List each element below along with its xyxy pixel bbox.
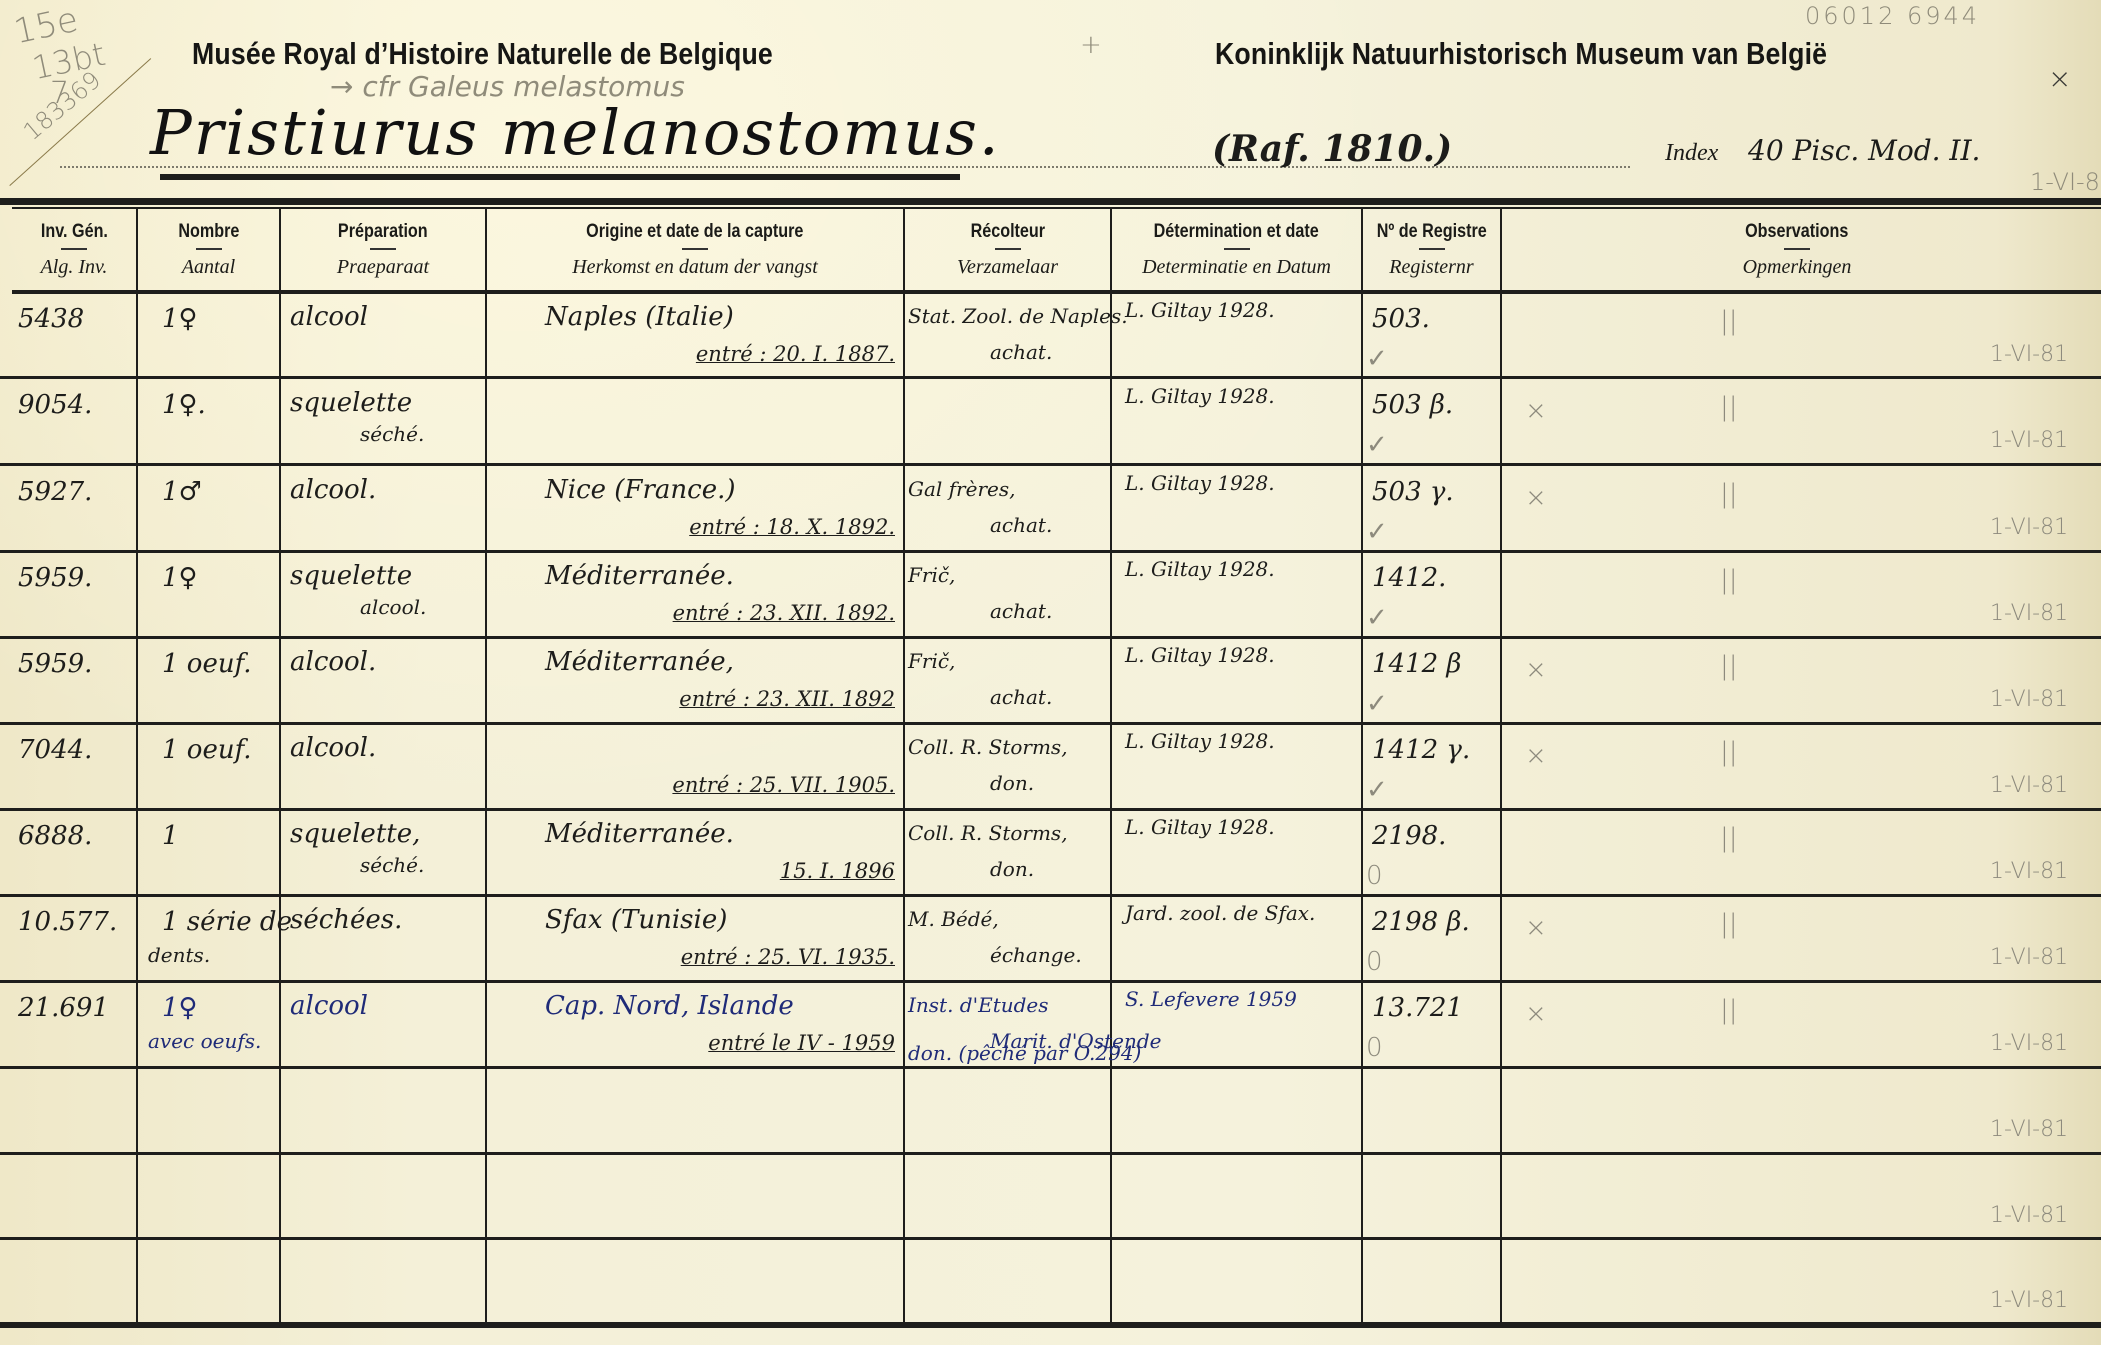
- register-number: 503 β.: [1372, 390, 1453, 420]
- column-header-fr: Nombre: [178, 221, 239, 243]
- column-header-collector: Récolteur Verzamelaar: [905, 207, 1110, 292]
- inventory-number: 5927.: [18, 477, 92, 507]
- register-number: 503 γ.: [1372, 477, 1454, 507]
- preparation: alcool.: [290, 475, 376, 505]
- table-bottom-rule: [0, 1322, 2101, 1328]
- entry-date: entré : 25. VI. 1935.: [681, 945, 895, 969]
- index-date: 1-VI-81: [2030, 168, 2101, 196]
- collector: Inst. d'Etudes: [908, 993, 1049, 1017]
- museum-name-french: Musée Royal d’Histoire Naturelle de Belg…: [192, 36, 773, 72]
- check-mark: ✓: [1366, 689, 1388, 719]
- species-underline: [160, 174, 960, 180]
- collector: Gal frères,: [908, 477, 1015, 501]
- collector-acquisition: achat.: [990, 599, 1052, 623]
- origin-locality: Naples (Italie): [545, 302, 734, 332]
- check-mark: ✓: [1366, 430, 1388, 460]
- determination: L. Giltay 1928.: [1125, 815, 1275, 839]
- collector: Stat. Zool. de Naples.: [908, 304, 1128, 328]
- specimen-count-detail: dents.: [148, 943, 210, 967]
- observation-date: 1-VI-81: [1990, 945, 2068, 970]
- column-header-fr: Nº de Registre: [1376, 221, 1486, 243]
- register-number: 2198 β.: [1372, 907, 1470, 937]
- register-number: 1412 β: [1372, 649, 1461, 679]
- observation-ditto-mark: ||: [1720, 823, 1738, 853]
- collector: Coll. R. Storms,: [908, 735, 1068, 759]
- check-mark: ✓: [1366, 775, 1388, 805]
- species-author: (Raf. 1810.): [1212, 128, 1452, 170]
- table-row: 21.6911♀avec oeufs.alcoolCap. Nord, Isla…: [0, 983, 2101, 1066]
- table-row: 7044.1 oeuf.alcool.entré : 25. VII. 1905…: [0, 725, 2101, 808]
- table-row: 6888.1squelette,séché.Méditerranée.15. I…: [0, 811, 2101, 894]
- observation-ditto-mark: ||: [1720, 909, 1738, 939]
- entry-date: entré : 23. XII. 1892.: [673, 601, 895, 625]
- index-value: 40 Pisc. Mod. II.: [1748, 134, 1980, 167]
- table-row: 1-VI-81: [0, 1155, 2101, 1237]
- species-name: Pristiurus melanostomus.: [150, 96, 1001, 169]
- collector: Coll. R. Storms,: [908, 821, 1068, 845]
- collector-acquisition: échange.: [990, 943, 1082, 967]
- observation-ditto-mark: ||: [1720, 995, 1738, 1025]
- column-header-fr: Récolteur: [970, 221, 1044, 243]
- observation-cross: ×: [1525, 483, 1547, 513]
- column-header-origin: Origine et date de la capture Herkomst e…: [487, 207, 903, 292]
- column-header-nl: Opmerkingen: [1743, 256, 1852, 279]
- column-header-nl: Registernr: [1389, 256, 1473, 279]
- observation-date: 1-VI-81: [1990, 859, 2068, 884]
- inventory-number: 6888.: [18, 821, 92, 851]
- specimen-count: 1 oeuf.: [162, 735, 252, 765]
- collector-acquisition: achat.: [990, 685, 1052, 709]
- table-row: 10.577.1 série dedents.séchées.Sfax (Tun…: [0, 897, 2101, 980]
- column-header-fr: Inv. Gén.: [40, 221, 107, 243]
- column-header-determination: Détermination et date Determinatie en Da…: [1112, 207, 1361, 292]
- observation-date: 1-VI-81: [1990, 773, 2068, 798]
- observation-ditto-mark: ||: [1720, 565, 1738, 595]
- determination: L. Giltay 1928.: [1125, 384, 1275, 408]
- preparation: squelette: [290, 561, 412, 591]
- collector: Frič,: [908, 649, 955, 673]
- collector: Frič,: [908, 563, 955, 587]
- table-row: 5927.1♂alcool.Nice (France.)entré : 18. …: [0, 467, 2101, 550]
- specimen-count: 1♀.: [162, 390, 206, 420]
- specimen-count: 1♀: [162, 993, 198, 1023]
- check-mark: ✓: [1366, 344, 1388, 374]
- table-row: 5959.1 oeuf.alcool.Méditerranée,entré : …: [0, 639, 2101, 722]
- column-header-fr: Détermination et date: [1154, 221, 1319, 243]
- observation-cross: ×: [1525, 396, 1547, 426]
- preparation: alcool.: [290, 647, 376, 677]
- observation-ditto-mark: ||: [1720, 737, 1738, 767]
- check-mark: ✓: [1366, 517, 1388, 547]
- table-row: 1-VI-81: [0, 1069, 2101, 1152]
- observation-date: 1-VI-81: [1990, 1288, 2068, 1313]
- catalog-number: 06012 6944: [1805, 2, 1980, 30]
- preparation: squelette,: [290, 819, 420, 849]
- column-header-fr: Origine et date de la capture: [586, 221, 803, 243]
- observation-date: 1-VI-81: [1990, 1031, 2068, 1056]
- determination: L. Giltay 1928.: [1125, 729, 1275, 753]
- table-row: 54381♀alcoolNaples (Italie)entré : 20. I…: [0, 294, 2101, 376]
- register-number: 1412.: [1372, 563, 1446, 593]
- observation-cross: ×: [1525, 913, 1547, 943]
- origin-locality: Méditerranée,: [545, 647, 734, 677]
- inventory-number: 9054.: [18, 390, 92, 420]
- specimen-count: 1 oeuf.: [162, 649, 252, 679]
- cross-mark: ×: [2048, 62, 2071, 95]
- determination: Jard. zool. de Sfax.: [1125, 901, 1315, 925]
- specimen-count-detail: avec oeufs.: [148, 1029, 261, 1053]
- entry-date: entré : 18. X. 1892.: [689, 515, 895, 539]
- determination: L. Giltay 1928.: [1125, 471, 1275, 495]
- inventory-number: 5959.: [18, 649, 92, 679]
- column-header-nl: Aantal: [182, 256, 235, 279]
- check-mark: ✓: [1366, 603, 1388, 633]
- preparation: alcool: [290, 991, 368, 1021]
- inventory-number: 10.577.: [18, 907, 117, 937]
- specimen-count: 1♂: [162, 477, 202, 507]
- row-divider: [0, 376, 2101, 379]
- table-row: 1-VI-81: [0, 1240, 2101, 1322]
- column-header-count: Nombre Aantal: [138, 207, 279, 292]
- observation-ditto-mark: ||: [1720, 651, 1738, 681]
- collector-acquisition: don.: [990, 857, 1034, 881]
- inventory-number: 5959.: [18, 563, 92, 593]
- specimen-count: 1: [162, 821, 179, 851]
- specimen-count: 1♀: [162, 563, 198, 593]
- column-header-nl: Verzamelaar: [957, 256, 1058, 279]
- observation-date: 1-VI-81: [1990, 428, 2068, 453]
- header-top-rule: [0, 198, 2101, 205]
- preparation-detail: séché.: [360, 422, 424, 446]
- row-divider: [0, 463, 2101, 466]
- entry-date: entré : 23. XII. 1892: [679, 687, 895, 711]
- observation-date: 1-VI-81: [1990, 687, 2068, 712]
- observation-ditto-mark: ||: [1720, 479, 1738, 509]
- column-header-nl: Determinatie en Datum: [1142, 256, 1331, 279]
- preparation: squelette: [290, 388, 412, 418]
- entry-date: entré : 25. VII. 1905.: [672, 773, 895, 797]
- preparation: séchées.: [290, 905, 402, 935]
- column-header-fr: Préparation: [338, 221, 428, 243]
- register-number: 13.721: [1372, 993, 1463, 1023]
- collector: M. Bédé,: [908, 907, 999, 931]
- check-mark: 0: [1366, 861, 1383, 891]
- observation-date: 1-VI-81: [1990, 515, 2068, 540]
- observation-ditto-mark: ||: [1720, 392, 1738, 422]
- collector-acquisition: don.: [990, 771, 1034, 795]
- origin-locality: Méditerranée.: [545, 819, 734, 849]
- column-header-observations: Observations Opmerkingen: [1502, 207, 2092, 292]
- column-header-inventory: Inv. Gén. Alg. Inv.: [12, 207, 136, 292]
- column-header-nl: Alg. Inv.: [41, 256, 108, 279]
- observation-date: 1-VI-81: [1990, 1203, 2068, 1228]
- observation-ditto-mark: ||: [1720, 306, 1738, 336]
- determination: L. Giltay 1928.: [1125, 643, 1275, 667]
- entry-date: entré : 20. I. 1887.: [696, 342, 895, 366]
- origin-locality: Nice (France.): [545, 475, 736, 505]
- entry-date: entré le IV - 1959: [708, 1031, 895, 1055]
- observation-date: 1-VI-81: [1990, 1117, 2068, 1142]
- column-header-register: Nº de Registre Registernr: [1363, 207, 1500, 292]
- column-header-nl: Herkomst en datum der vangst: [572, 256, 818, 279]
- preparation-detail: séché.: [360, 853, 424, 877]
- museum-name-dutch: Koninklijk Natuurhistorisch Museum van B…: [1215, 36, 1827, 72]
- table-row: 5959.1♀squelettealcool.Méditerranée.entr…: [0, 553, 2101, 636]
- origin-locality: Sfax (Tunisie): [545, 905, 727, 935]
- origin-locality: Cap. Nord, Islande: [545, 991, 794, 1021]
- check-mark: 0: [1366, 1033, 1383, 1063]
- preparation: alcool.: [290, 733, 376, 763]
- specimen-count: 1 série de: [162, 907, 292, 937]
- register-number: 1412 γ.: [1372, 735, 1470, 765]
- observation-cross: ×: [1525, 741, 1547, 771]
- determination: L. Giltay 1928.: [1125, 557, 1275, 581]
- determination: S. Lefevere 1959: [1125, 987, 1297, 1011]
- preparation-detail: alcool.: [360, 595, 426, 619]
- plus-mark: +: [1080, 30, 1102, 60]
- observation-cross: ×: [1525, 655, 1547, 685]
- collector-acquisition: achat.: [990, 513, 1052, 537]
- observation-date: 1-VI-81: [1990, 601, 2068, 626]
- collector-note: don. (pêché par O.294): [908, 1041, 1141, 1065]
- observation-cross: ×: [1525, 999, 1547, 1029]
- register-number: 2198.: [1372, 821, 1446, 851]
- observation-date: 1-VI-81: [1990, 342, 2068, 367]
- index-label: Index: [1665, 140, 1718, 167]
- column-header-nl: Praeparaat: [337, 256, 429, 279]
- inventory-number: 5438: [18, 304, 84, 334]
- preparation: alcool: [290, 302, 368, 332]
- origin-locality: Méditerranée.: [545, 561, 734, 591]
- collector-acquisition: achat.: [990, 340, 1052, 364]
- specimen-count: 1♀: [162, 304, 198, 334]
- check-mark: 0: [1366, 947, 1383, 977]
- column-header-fr: Observations: [1745, 221, 1848, 243]
- inventory-number: 7044.: [18, 735, 92, 765]
- column-header-preparation: Préparation Praeparaat: [281, 207, 485, 292]
- table-row: 9054.1♀.squeletteséché.L. Giltay 1928.50…: [0, 380, 2101, 463]
- register-number: 503.: [1372, 304, 1430, 334]
- entry-date: 15. I. 1896: [780, 859, 895, 883]
- inventory-number: 21.691: [18, 993, 109, 1023]
- determination: L. Giltay 1928.: [1125, 298, 1275, 322]
